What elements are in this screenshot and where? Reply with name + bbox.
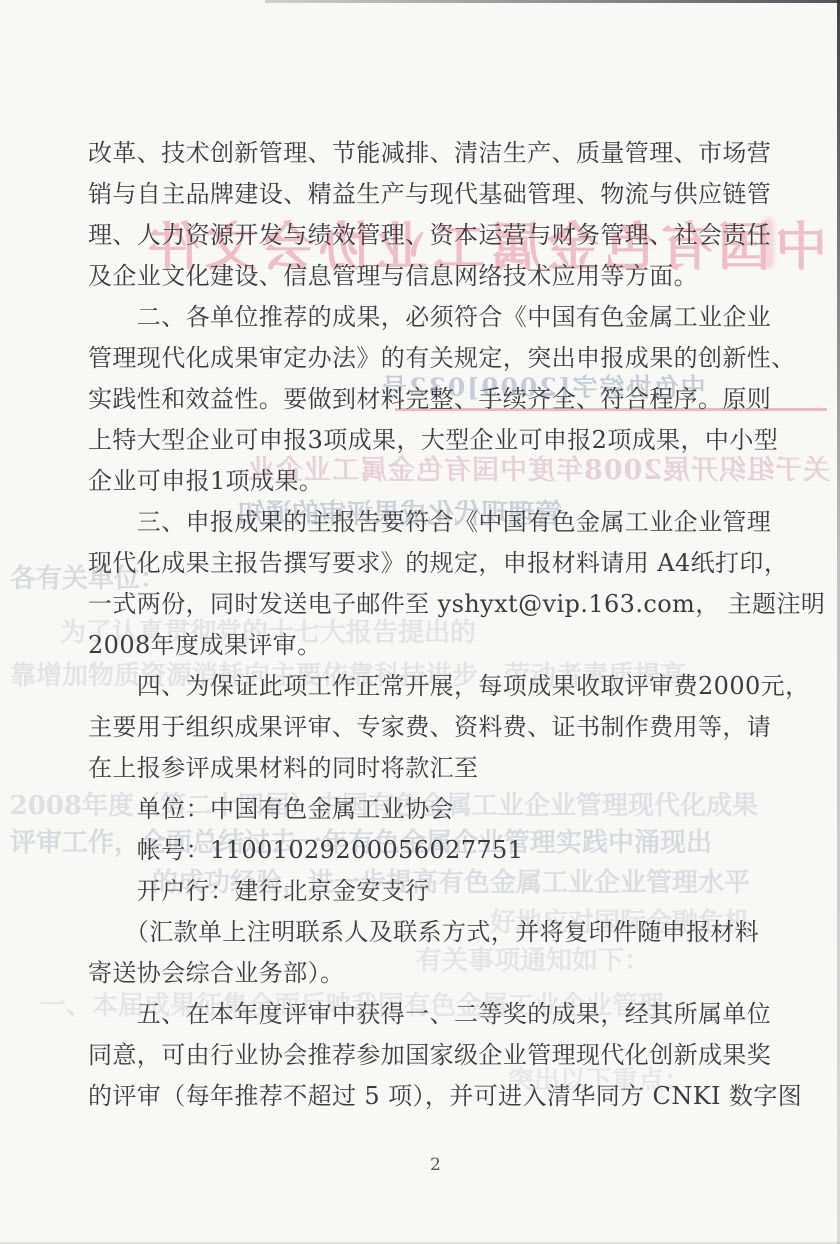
para-item-5: 五、在本年度评审中获得一、二等奖的成果，经其所属单位同意，可由行业协会推荐参加国… — [88, 994, 778, 1117]
text-line: 单位：中国有色金属工业协会 — [88, 789, 778, 830]
text-line: 四、为保证此项工作正常开展，每项成果收取评审费2000元， — [88, 666, 778, 707]
text-line: 现代化成果主报告撰写要求》的规定，申报材料请用 A4纸打印， — [88, 543, 778, 584]
para-remit-unit: 单位：中国有色金属工业协会 — [88, 789, 778, 830]
text-line: 一式两份，同时发送电子邮件至 yshyxt@vip.163.com， 主题注明 — [88, 584, 778, 625]
text-line: 主要用于组织成果评审、专家费、资料费、证书制作费用等，请 — [88, 707, 778, 748]
para-remit-note: （汇款单上注明联系人及联系方式，并将复印件随申报材料寄送协会综合业务部）。 — [88, 912, 778, 994]
page-number: 2 — [430, 1155, 441, 1175]
text-line: 三、申报成果的主报告要符合《中国有色金属工业企业管理 — [88, 502, 778, 543]
para-remit-account: 帐号：11001029200056027751 — [88, 830, 778, 871]
text-line: 理、人力资源开发与绩效管理、资本运营与财务管理、社会责任 — [88, 215, 778, 256]
para-item-3: 三、申报成果的主报告要符合《中国有色金属工业企业管理现代化成果主报告撰写要求》的… — [88, 502, 778, 666]
text-line: 开户行：建行北京金安支行 — [88, 871, 778, 912]
text-line: 帐号：11001029200056027751 — [88, 830, 778, 871]
text-line: 改革、技术创新管理、节能减排、清洁生产、质量管理、市场营 — [88, 133, 778, 174]
para-scope-continuation: 改革、技术创新管理、节能减排、清洁生产、质量管理、市场营销与自主品牌建设、精益生… — [88, 133, 778, 297]
text-line: 在上报参评成果材料的同时将款汇至 — [88, 748, 778, 789]
text-line: 五、在本年度评审中获得一、二等奖的成果，经其所属单位 — [88, 994, 778, 1035]
text-line: 寄送协会综合业务部）。 — [88, 953, 778, 994]
text-line: 2008年度成果评审。 — [88, 625, 778, 666]
text-line: 销与自主品牌建设、精益生产与现代基础管理、物流与供应链管 — [88, 174, 778, 215]
scanned-document-page: 中国有色金属工业协会文件 中色协综字[2009]032号 关于组织开展2008年… — [0, 0, 840, 1244]
document-body-text: 改革、技术创新管理、节能减排、清洁生产、质量管理、市场营销与自主品牌建设、精益生… — [88, 133, 778, 1117]
scanner-top-edge-artifact — [265, 0, 840, 3]
text-line: 的评审（每年推荐不超过 5 项），并可进入清华同方 CNKI 数字图 — [88, 1076, 778, 1117]
para-remit-bank: 开户行：建行北京金安支行 — [88, 871, 778, 912]
text-line: 上特大型企业可申报3项成果，大型企业可申报2项成果，中小型 — [88, 420, 778, 461]
text-line: 实践性和效益性。要做到材料完整、手续齐全、符合程序。原则 — [88, 379, 778, 420]
text-line: 及企业文化建设、信息管理与信息网络技术应用等方面。 — [88, 256, 778, 297]
text-line: （汇款单上注明联系人及联系方式，并将复印件随申报材料 — [88, 912, 778, 953]
text-line: 同意，可由行业协会推荐参加国家级企业管理现代化创新成果奖 — [88, 1035, 778, 1076]
text-line: 企业可申报1项成果。 — [88, 461, 778, 502]
para-item-4: 四、为保证此项工作正常开展，每项成果收取评审费2000元，主要用于组织成果评审、… — [88, 666, 778, 789]
text-line: 二、各单位推荐的成果，必须符合《中国有色金属工业企业 — [88, 297, 778, 338]
text-line: 管理现代化成果审定办法》的有关规定，突出申报成果的创新性、 — [88, 338, 778, 379]
para-item-2: 二、各单位推荐的成果，必须符合《中国有色金属工业企业管理现代化成果审定办法》的有… — [88, 297, 778, 502]
